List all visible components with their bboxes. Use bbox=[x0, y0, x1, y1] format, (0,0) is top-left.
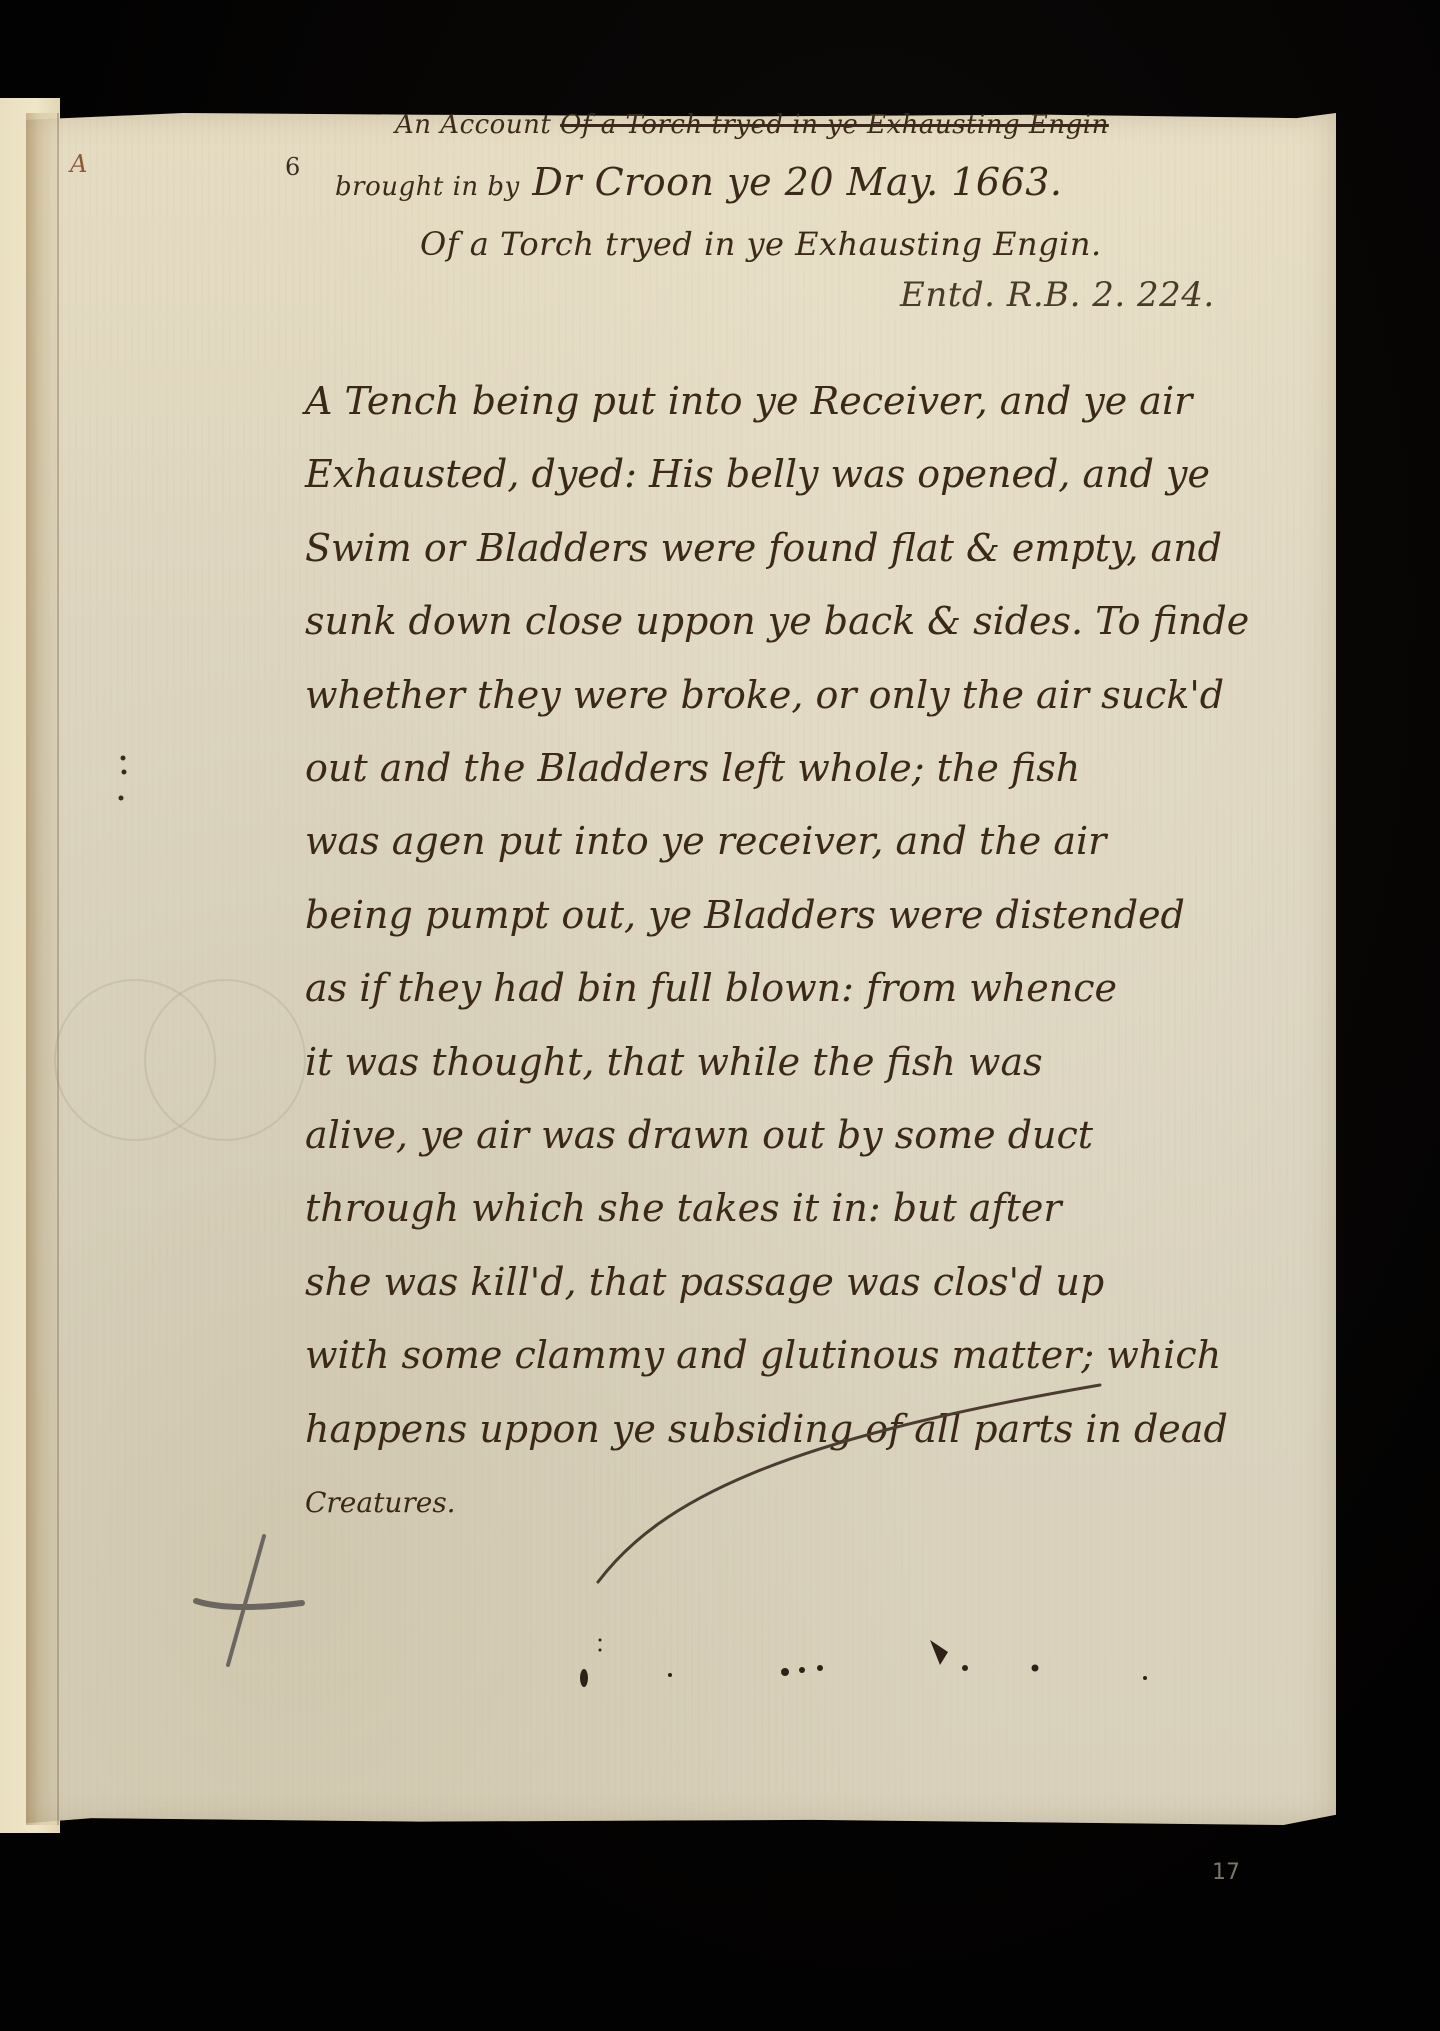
body-line: was agen put into ye receiver, and the a… bbox=[305, 805, 1325, 878]
author-and-date: Croon ye 20 May. 1663. bbox=[595, 160, 1063, 204]
folio-number: 17 bbox=[1212, 1860, 1240, 1885]
fold-line bbox=[57, 113, 59, 1825]
body-line: A Tench being put into ye Receiver, and … bbox=[305, 365, 1325, 438]
header-line-1: An Account Of a Torch tryed in ye Exhaus… bbox=[395, 110, 1109, 140]
body-line: as if they had bin full blown: from when… bbox=[305, 952, 1325, 1025]
header-line-2: brought in by Dr Croon ye 20 May. 1663. bbox=[335, 160, 1063, 204]
body-line: with some clammy and glutinous matter; w… bbox=[305, 1319, 1325, 1392]
body-line: it was thought, that while the fish was bbox=[305, 1026, 1325, 1099]
body-line: being pumpt out, ye Bladders were disten… bbox=[305, 879, 1325, 952]
body-line: out and the Bladders left whole; the fis… bbox=[305, 732, 1325, 805]
body-line: Creatures. bbox=[305, 1466, 1325, 1539]
struck-text: Of a Torch tryed in ye Exhausting Engin bbox=[560, 110, 1109, 140]
body-line: Swim or Bladders were found flat & empty… bbox=[305, 512, 1325, 585]
header-prefix: An Account bbox=[395, 110, 551, 140]
margin-letter: A bbox=[70, 150, 87, 178]
manuscript-scan: A 6 An Account Of a Torch tryed in ye Ex… bbox=[0, 0, 1440, 2031]
body-line: she was kill'd, that passage was clos'd … bbox=[305, 1246, 1325, 1319]
brought-in-by: brought in by bbox=[335, 172, 520, 202]
body-line: Exhausted, dyed: His belly was opened, a… bbox=[305, 438, 1325, 511]
doctor-title: Dr bbox=[532, 160, 582, 204]
body-line: happens uppon ye subsiding of all parts … bbox=[305, 1393, 1325, 1466]
header-title: Of a Torch tryed in ye Exhausting Engin. bbox=[420, 225, 1102, 263]
register-reference: Entd. R.B. 2. 224. bbox=[900, 275, 1215, 315]
body-line: whether they were broke, or only the air… bbox=[305, 659, 1325, 732]
manuscript-body: A Tench being put into ye Receiver, and … bbox=[305, 365, 1325, 1540]
body-line: sunk down close uppon ye back & sides. T… bbox=[305, 585, 1325, 658]
body-line: through which she takes it in: but after bbox=[305, 1172, 1325, 1245]
body-line: alive, ye air was drawn out by some duct bbox=[305, 1099, 1325, 1172]
margin-number: 6 bbox=[285, 153, 300, 181]
